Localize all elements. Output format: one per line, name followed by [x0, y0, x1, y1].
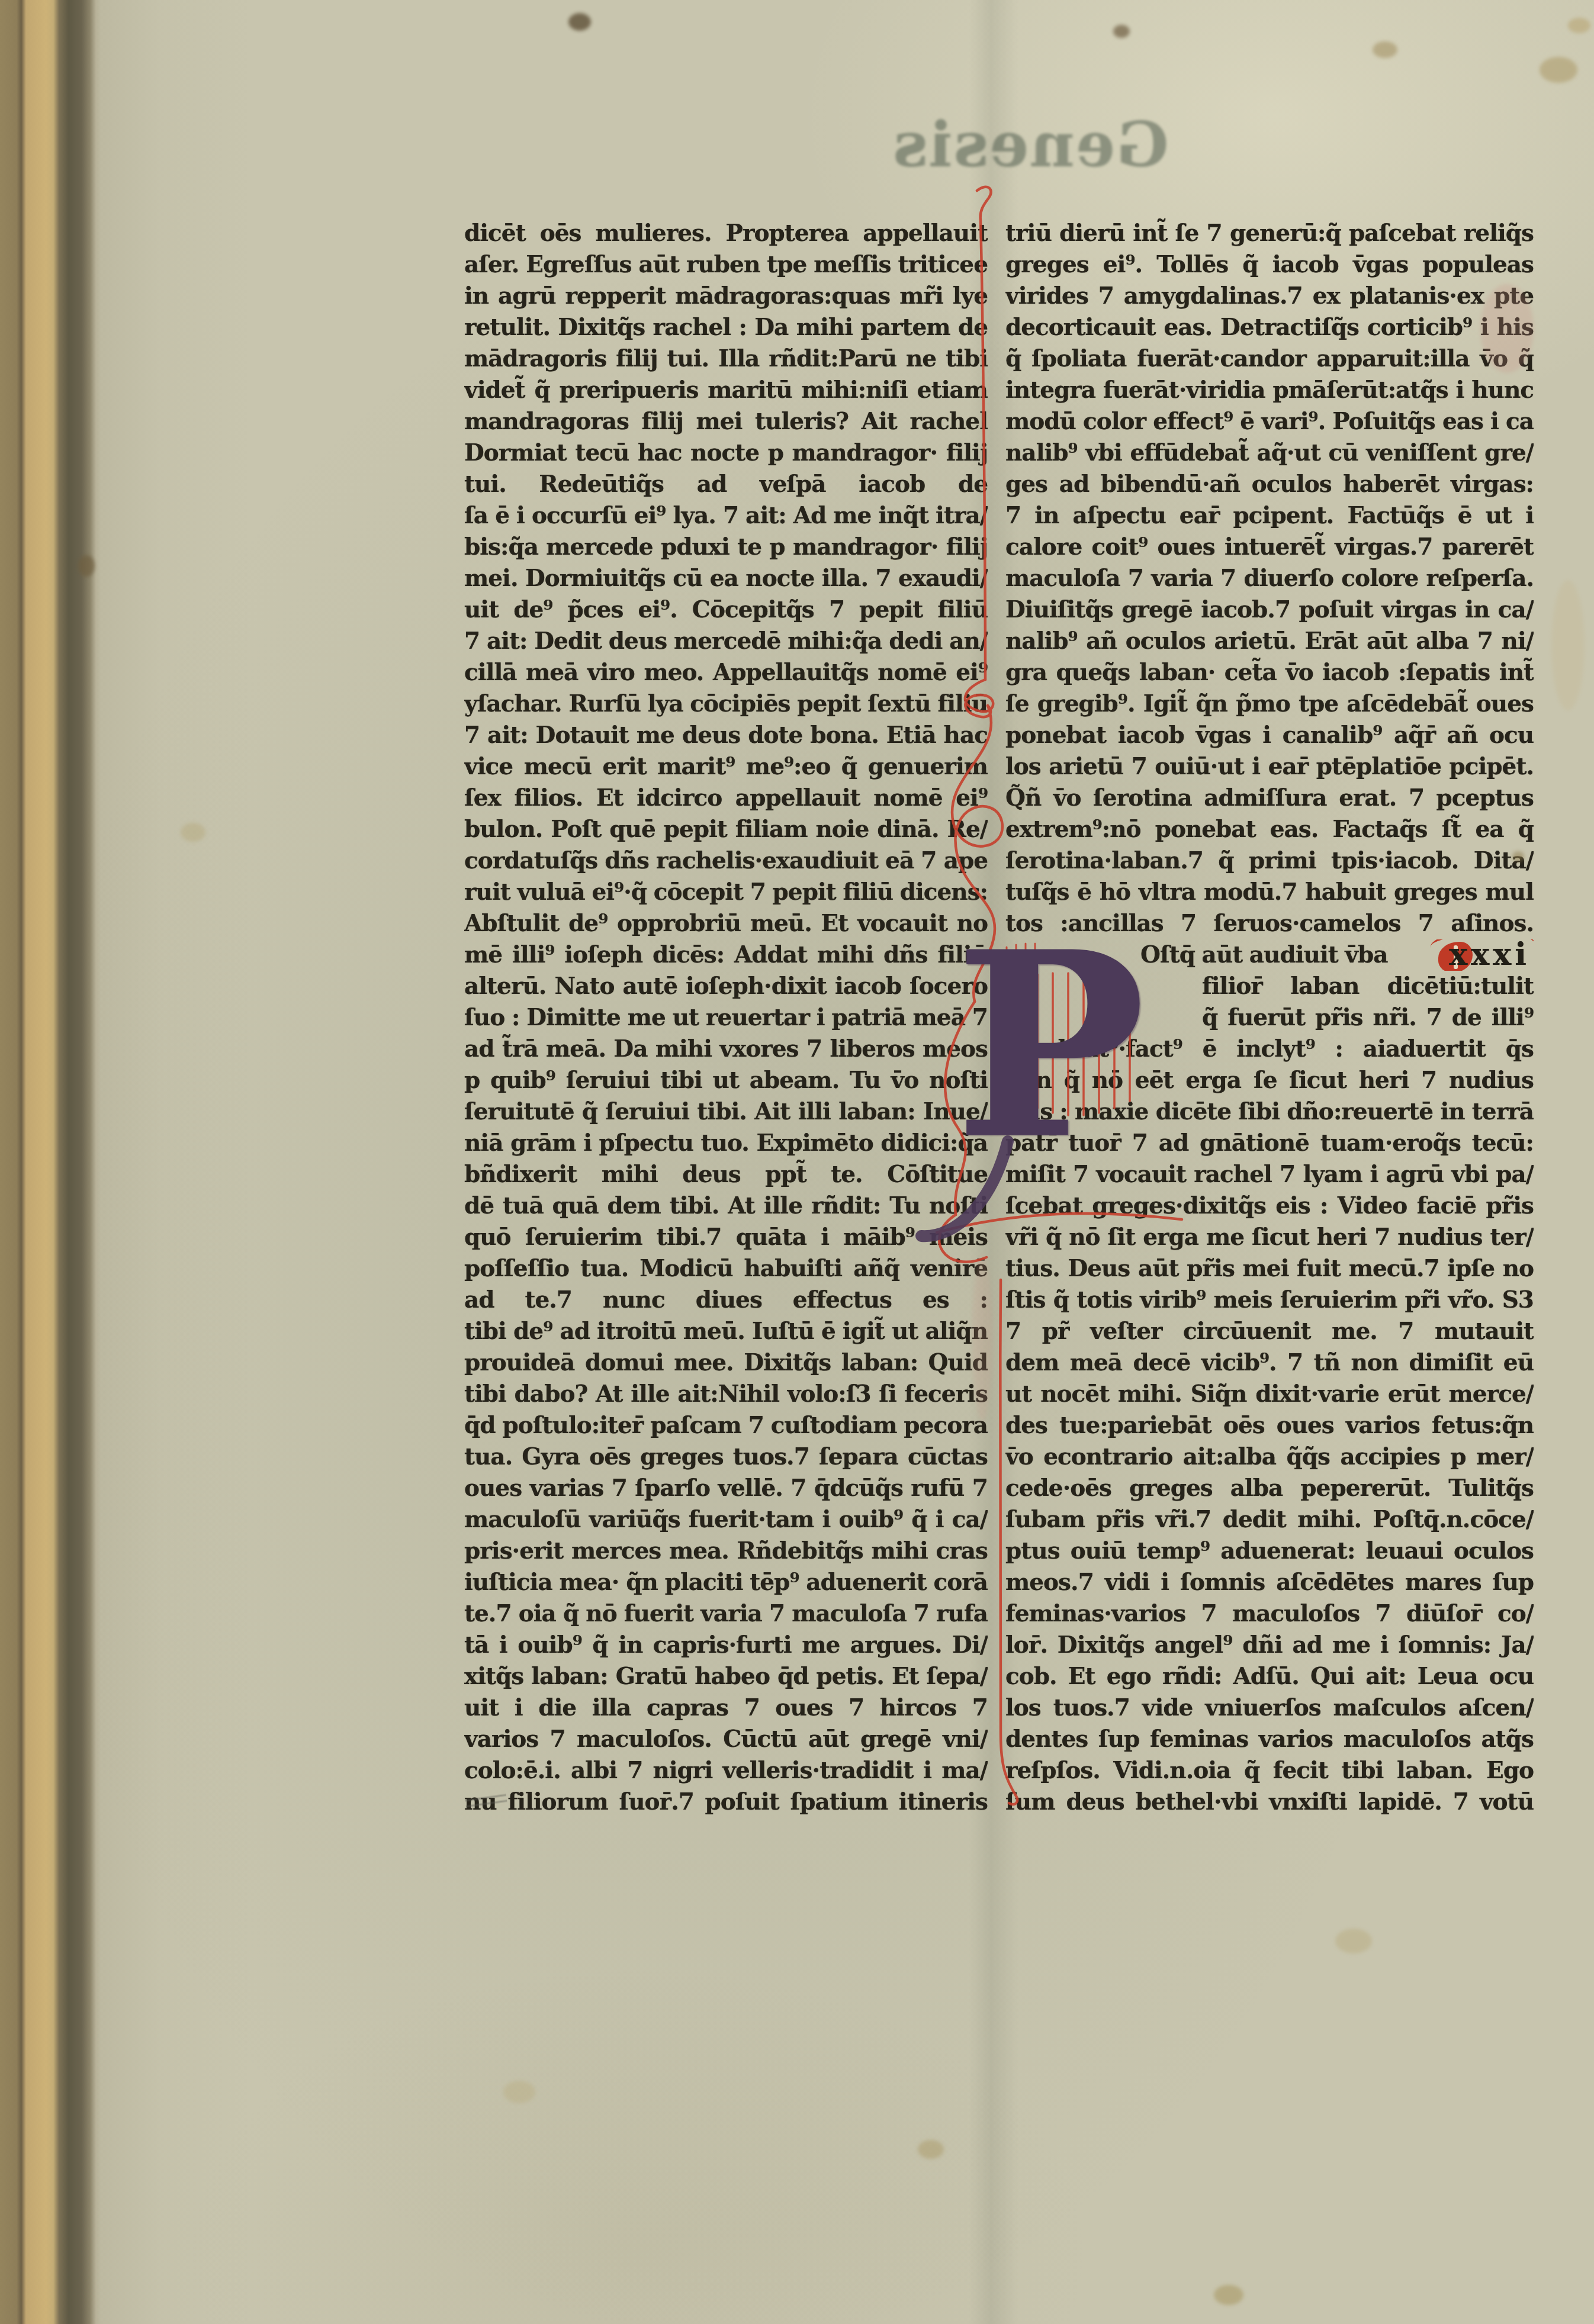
chapter-number-text: xxxi — [1449, 939, 1530, 970]
incunable-page-scan: Genesis P dicēt oēs mulieres. Propterea … — [0, 0, 1594, 2324]
chapter-initial: P — [955, 919, 1146, 1173]
chapter-number: xxxi — [1438, 939, 1530, 970]
rubric-flourish — [0, 0, 1594, 2324]
